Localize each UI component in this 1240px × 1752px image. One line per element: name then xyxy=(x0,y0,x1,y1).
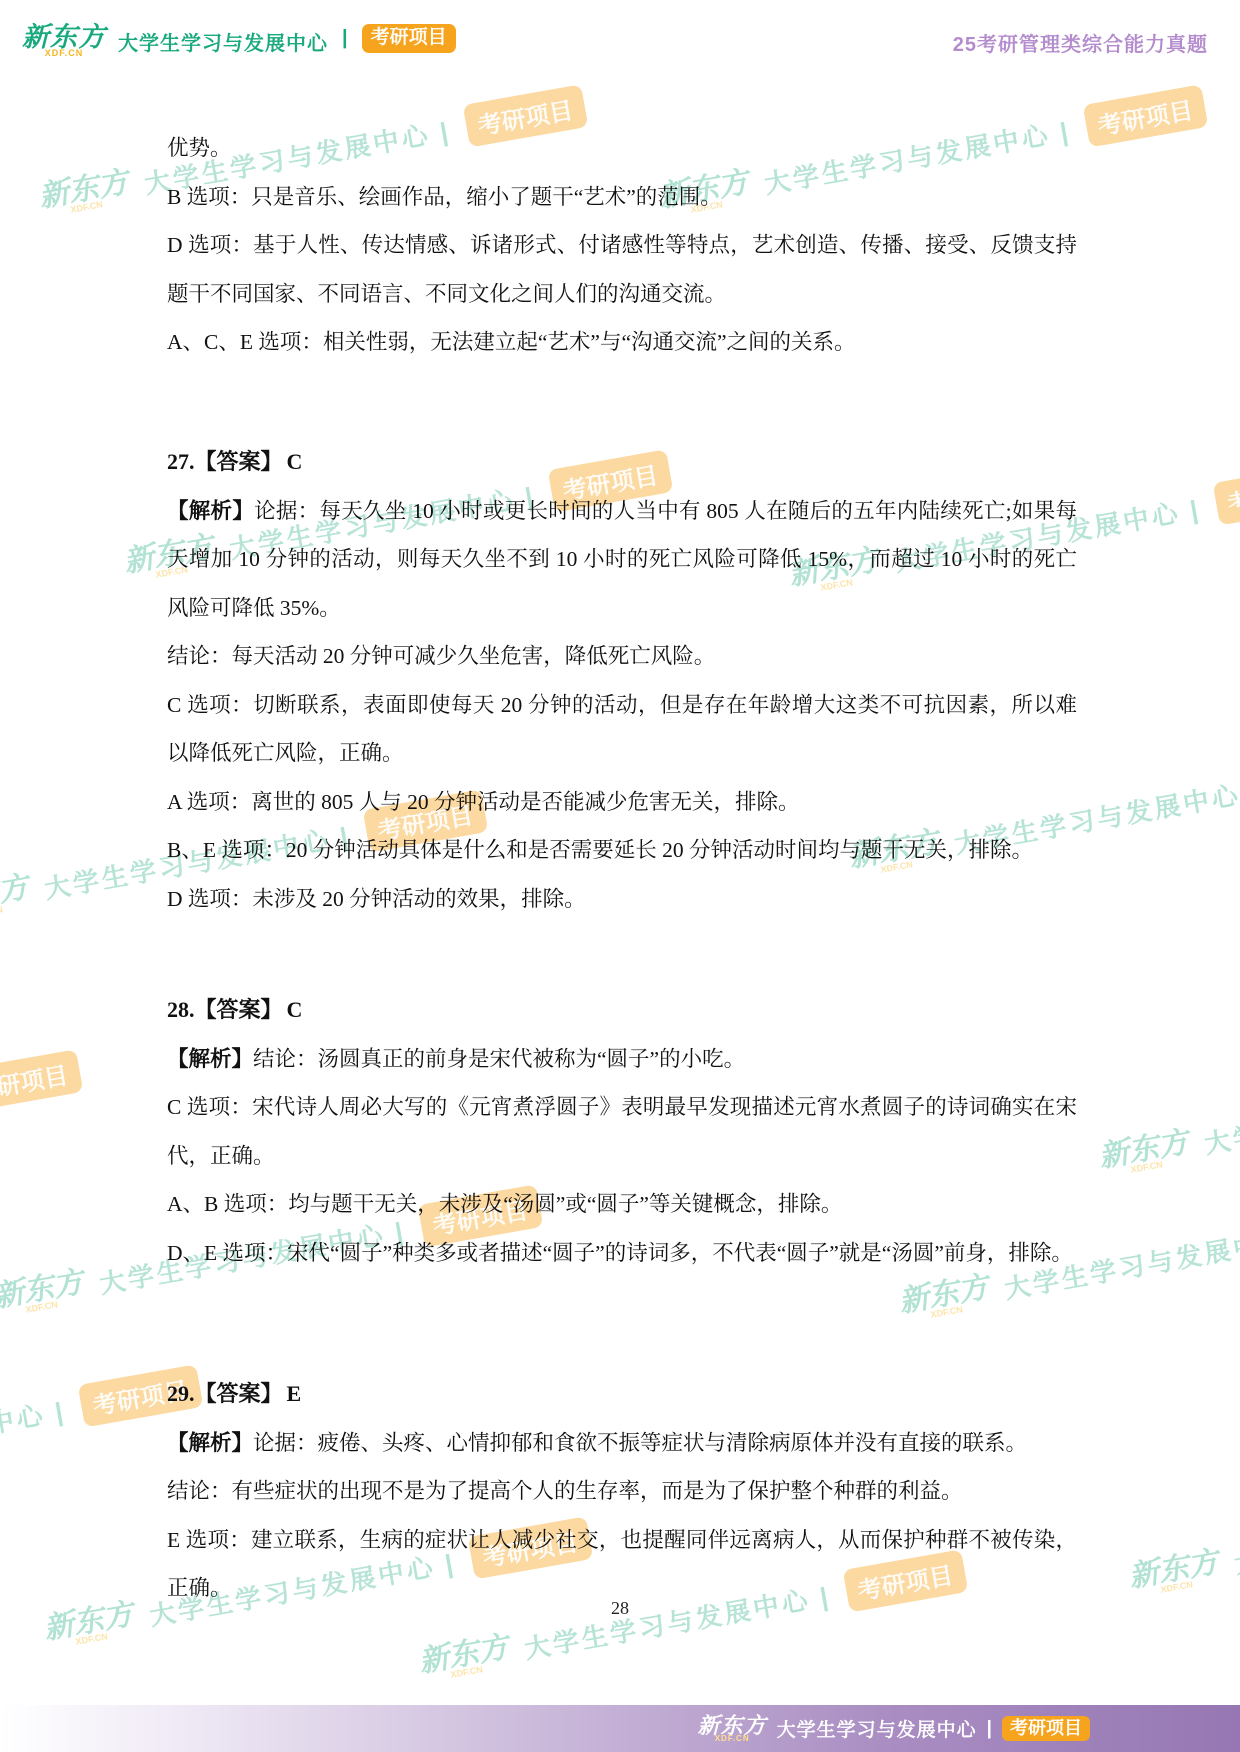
answer-28-heading: 28.【答案】C xyxy=(167,986,1077,1035)
watermark-logo-text: 新东方 xyxy=(1127,1548,1221,1593)
paragraph-option-b: B 选项：只是音乐、绘画作品，缩小了题干“艺术”的范围。 xyxy=(167,173,1077,222)
paragraph-conclusion: 结论：每天活动 20 分钟可减少久坐危害，降低死亡风险。 xyxy=(167,632,1077,681)
header-center-title: 大学生学习与发展中心 xyxy=(118,27,328,56)
watermark-logo-sub: XDF.CN xyxy=(75,1632,109,1647)
paragraph: 优势。 xyxy=(167,124,1077,173)
answer-letter: C xyxy=(287,449,303,474)
xdf-logo-watermark: 新东方XDF.CN xyxy=(897,1273,992,1325)
paragraph-text: C 选项：切断联系，表面即使每天 20 分钟的活动，但是存在年龄增大这类不可抗因… xyxy=(167,693,1077,766)
xdf-logo: 新东方 XDF.CN xyxy=(22,24,106,58)
paragraph-text: B、E 选项：20 分钟活动具体是什么和是否需要延长 20 分钟活动时间均与题干… xyxy=(167,838,1033,862)
question-number: 28. xyxy=(167,997,195,1022)
watermark-logo-sub: XDF.CN xyxy=(25,1300,59,1315)
watermark: 新东方XDF.CN 大学生学习与发展中心 | 考研项目 xyxy=(1126,1464,1240,1602)
analysis-label: 【解析】 xyxy=(167,499,254,523)
paragraph-text: 结论：有些症状的出现不是为了提高个人的生存率，而是为了保护整个种群的利益。 xyxy=(167,1479,963,1503)
watermark: 新东方XDF.CN 大学生学习与发展中心 | 考研项目 xyxy=(0,1049,83,1187)
watermark-badge: 考研项目 xyxy=(0,1049,83,1112)
paragraph-option-c: C 选项：宋代诗人周必大写的《元宵煮浮圆子》表明最早发现描述元宵水煮圆子的诗词确… xyxy=(167,1083,1077,1180)
watermark-logo-sub: XDF.CN xyxy=(0,905,4,920)
watermark-logo-sub: XDF.CN xyxy=(70,200,104,215)
paragraph-text: 论据：疲倦、头疼、心情抑郁和食欲不振等症状与清除病原体并没有直接的联系。 xyxy=(253,1431,1027,1455)
xdf-logo-watermark: 新东方XDF.CN xyxy=(0,1268,87,1320)
kaoyan-project-badge: 考研项目 xyxy=(362,24,456,53)
paragraph-options-ab: A、B 选项：均与题干无关，未涉及“汤圆”或“圆子”等关键概念，排除。 xyxy=(167,1180,1077,1229)
paragraph-option-c: C 选项：切断联系，表面即使每天 20 分钟的活动，但是存在年龄增大这类不可抗因… xyxy=(167,681,1077,778)
paragraph-text: C 选项：宋代诗人周必大写的《元宵煮浮圆子》表明最早发现描述元宵水煮圆子的诗词确… xyxy=(167,1095,1077,1168)
paragraph-text: A、B 选项：均与题干无关，未涉及“汤圆”或“圆子”等关键概念，排除。 xyxy=(167,1192,842,1216)
xdf-logo-watermark: 新东方XDF.CN xyxy=(1127,1548,1222,1600)
answer-26-continuation: 优势。 B 选项：只是音乐、绘画作品，缩小了题干“艺术”的范围。 D 选项：基于… xyxy=(167,124,1077,367)
paragraph-options-de: D、E 选项：宋代“圆子”种类多或者描述“圆子”的诗词多，不代表“圆子”就是“汤… xyxy=(167,1229,1077,1278)
answer-label: 【答案】 xyxy=(195,997,283,1022)
xdf-logo-domain: XDF.CN xyxy=(715,1735,750,1743)
xdf-logo-text: 新东方 xyxy=(22,24,106,51)
analysis-label: 【解析】 xyxy=(167,1431,253,1455)
watermark-text: 大学生学习与发展中心 | xyxy=(1231,1491,1240,1581)
answer-letter: E xyxy=(287,1381,302,1406)
watermark-badge: 考研项目 xyxy=(1082,84,1208,147)
footer-divider: | xyxy=(987,1718,992,1740)
watermark-logo-text: 新东方 xyxy=(897,1273,991,1318)
watermark-logo-sub: XDF.CN xyxy=(450,1665,484,1680)
answer-29-heading: 29.【答案】E xyxy=(167,1370,1077,1419)
footer-center-title: 大学生学习与发展中心 xyxy=(777,1715,977,1742)
paragraph-analysis: 【解析】论据：每天久坐 10 小时或更长时间的人当中有 805 人在随后的五年内… xyxy=(167,487,1077,633)
question-number: 27. xyxy=(167,449,195,474)
xdf-logo-domain: XDF.CN xyxy=(45,49,84,58)
paragraph-text: D、E 选项：宋代“圆子”种类多或者描述“圆子”的诗词多，不代表“圆子”就是“汤… xyxy=(167,1241,1073,1265)
xdf-logo-watermark: 新东方XDF.CN xyxy=(1097,1128,1192,1180)
watermark-badge: 考研项目 xyxy=(1212,462,1240,525)
analysis-label: 【解析】 xyxy=(167,1047,253,1071)
watermark-logo-text: 新东方 xyxy=(1097,1128,1191,1173)
page-header: 新东方 XDF.CN 大学生学习与发展中心 | 考研项目 25考研管理类综合能力… xyxy=(0,0,1240,70)
xdf-logo-watermark: 新东方XDF.CN xyxy=(37,168,132,220)
paragraph-text: 结论：每天活动 20 分钟可减少久坐危害，降低死亡风险。 xyxy=(167,644,715,668)
answer-28-section: 28.【答案】C 【解析】结论：汤圆真正的前身是宋代被称为“圆子”的小吃。 C … xyxy=(167,986,1077,1277)
watermark-logo-text: 新东方 xyxy=(417,1633,511,1678)
paragraph-option-a: A 选项：离世的 805 人与 20 分钟活动是否能减少危害无关，排除。 xyxy=(167,778,1077,827)
watermark-logo-text: 新东方 xyxy=(0,873,31,918)
paragraph-text: 论据：每天久坐 10 小时或更长时间的人当中有 805 人在随后的五年内陆续死亡… xyxy=(167,499,1077,620)
watermark-text: 大学生学习与发展中心 | xyxy=(0,1391,68,1481)
answer-29-section: 29.【答案】E 【解析】论据：疲倦、头疼、心情抑郁和食欲不振等症状与清除病原体… xyxy=(167,1370,1077,1613)
answer-label: 【答案】 xyxy=(195,1381,283,1406)
paragraph-analysis: 【解析】论据：疲倦、头疼、心情抑郁和食欲不振等症状与清除病原体并没有直接的联系。 xyxy=(167,1419,1077,1468)
watermark-logo-text: 新东方 xyxy=(0,1268,86,1313)
paragraph-text: D 选项：未涉及 20 分钟活动的效果，排除。 xyxy=(167,887,586,911)
watermark-logo-sub: XDF.CN xyxy=(1160,1580,1194,1595)
watermark: 新东方XDF.CN 大学生学习与发展中心 | 考研项目 xyxy=(1096,1044,1240,1182)
question-number: 29. xyxy=(167,1381,195,1406)
paragraph-option-d: D 选项：基于人性、传达情感、诉诸形式、付诸感性等特点，艺术创造、传播、接受、反… xyxy=(167,221,1077,318)
page-footer: 新东方 XDF.CN 大学生学习与发展中心 | 考研项目 xyxy=(0,1705,1240,1752)
answer-27-heading: 27.【答案】C xyxy=(167,438,1077,487)
xdf-logo-watermark: 新东方XDF.CN xyxy=(0,873,32,925)
paragraph-options-ace: A、C、E 选项：相关性弱，无法建立起“艺术”与“沟通交流”之间的关系。 xyxy=(167,318,1077,367)
answer-letter: C xyxy=(287,997,303,1022)
paragraph-analysis: 【解析】结论：汤圆真正的前身是宋代被称为“圆子”的小吃。 xyxy=(167,1035,1077,1084)
paragraph-options-be: B、E 选项：20 分钟活动具体是什么和是否需要延长 20 分钟活动时间均与题干… xyxy=(167,826,1077,875)
paragraph-text: E 选项：建立联系，生病的症状让人减少社交，也提醒同伴远离病人，从而保护种群不被… xyxy=(167,1528,1077,1601)
watermark-logo-sub: XDF.CN xyxy=(1130,1160,1164,1175)
kaoyan-project-badge: 考研项目 xyxy=(1002,1716,1090,1742)
paragraph-text: 结论：汤圆真正的前身是宋代被称为“圆子”的小吃。 xyxy=(253,1047,745,1071)
paragraph-text: A 选项：离世的 805 人与 20 分钟活动是否能减少危害无关，排除。 xyxy=(167,790,799,814)
xdf-logo-watermark: 新东方XDF.CN xyxy=(417,1633,512,1685)
header-brand: 新东方 XDF.CN 大学生学习与发展中心 | 考研项目 xyxy=(22,24,456,58)
watermark-logo-sub: XDF.CN xyxy=(930,1305,964,1320)
paragraph-option-d: D 选项：未涉及 20 分钟活动的效果，排除。 xyxy=(167,875,1077,924)
document-title: 25考研管理类综合能力真题 xyxy=(953,28,1208,57)
answer-label: 【答案】 xyxy=(195,449,283,474)
answer-27-section: 27.【答案】C 【解析】论据：每天久坐 10 小时或更长时间的人当中有 805… xyxy=(167,438,1077,923)
paragraph-conclusion: 结论：有些症状的出现不是为了提高个人的生存率，而是为了保护整个种群的利益。 xyxy=(167,1467,1077,1516)
header-divider: | xyxy=(342,27,348,50)
watermark-text: 大学生学习与发展中心 | xyxy=(1201,1071,1240,1161)
page-number: 28 xyxy=(0,1598,1240,1619)
xdf-logo: 新东方 XDF.CN xyxy=(698,1715,767,1743)
watermark-logo-text: 新东方 xyxy=(37,168,131,213)
